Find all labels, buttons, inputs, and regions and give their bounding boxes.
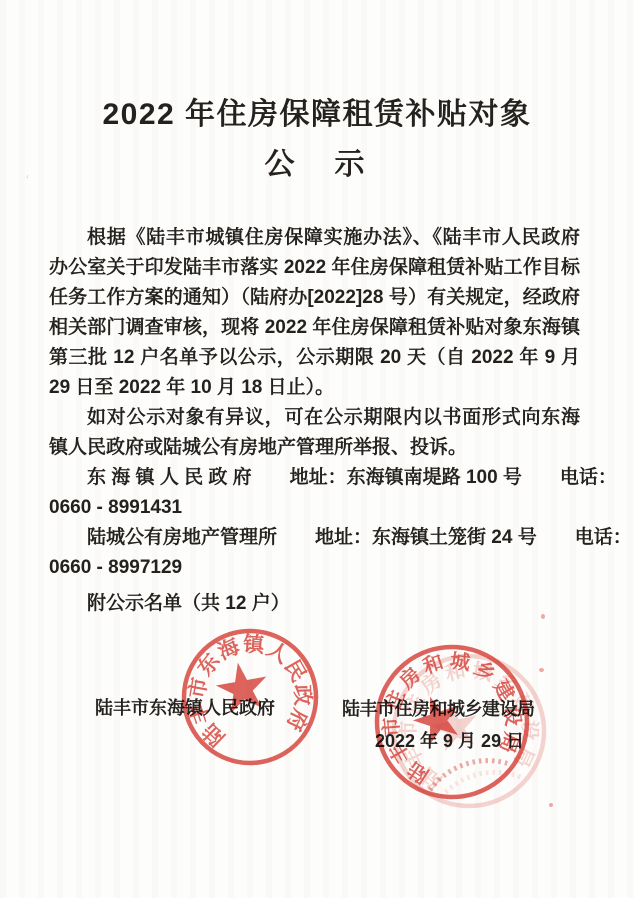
scan-smudge: ʻ [26,173,29,187]
seal-arc-character: 政 [290,684,315,706]
seal-arc-character: 海 [214,633,244,664]
seal-arc-character: 房 [394,662,426,694]
seal-arc-character: 镇 [242,632,267,658]
seal-arc-character: 陆 [403,757,433,788]
signature-date: 2022 年 9 月 29 日 [375,727,524,753]
document-page: 2022 年住房保障租赁补贴对象 公 示 根据《陆丰市城镇住房保障实施办法》、《… [0,0,634,898]
signature-donghai-government: 陆丰市东海镇人民政府 [95,694,275,720]
seal-arc-character: 民 [280,656,310,686]
attachment-note: 附公示名单（共 12 户） [49,589,580,619]
seal-arc-character: 城 [449,649,473,675]
seal-arc-character: 府 [282,705,313,734]
paragraph-legal-basis: 根据《陆丰市城镇住房保障实施办法》、《陆丰市人民政府办公室关于印发陆丰市落实 2… [49,223,580,403]
contact-property-office-phone: 0660 - 8997129 [49,553,580,583]
signature-housing-bureau: 陆丰市住房和城乡建设局 [342,695,535,721]
doc-title-line2: 公 示 [0,149,634,181]
seal-arc-character: 和 [420,649,446,678]
contact-donghai-gov-line: 东 海 镇 人 民 政 府 地址：东海镇南堤路 100 号 电话： [49,463,580,493]
seal-arc-character: 人 [263,638,293,669]
ink-speck [549,803,553,807]
ink-speck [539,668,544,672]
seal-serial-arc [426,751,510,790]
contact-property-office-line: 陆城公有房地产管理所 地址：东海镇土笼街 24 号 电话： [49,523,580,553]
official-seal-housing-bureau: 陆丰市住房和城乡建设局 [357,627,546,816]
doc-title-line1: 2022 年住房保障租赁补贴对象 [0,99,634,131]
seal-arc-character: 陆 [198,719,230,751]
seal-ring [357,627,546,816]
contact-donghai-gov-phone: 0660 - 8991431 [49,493,580,523]
paragraph-objection: 如对公示对象有异议，可在公示期限内以书面形式向东海镇人民政府或陆城公有房地产管理… [49,403,580,463]
ink-speck [541,614,545,619]
seal-arc-character: 乡 [470,655,500,686]
doc-body: 根据《陆丰市城镇住房保障实施办法》、《陆丰市人民政府办公室关于印发陆丰市落实 2… [49,223,580,619]
seal-arc-character: 东 [193,649,225,680]
